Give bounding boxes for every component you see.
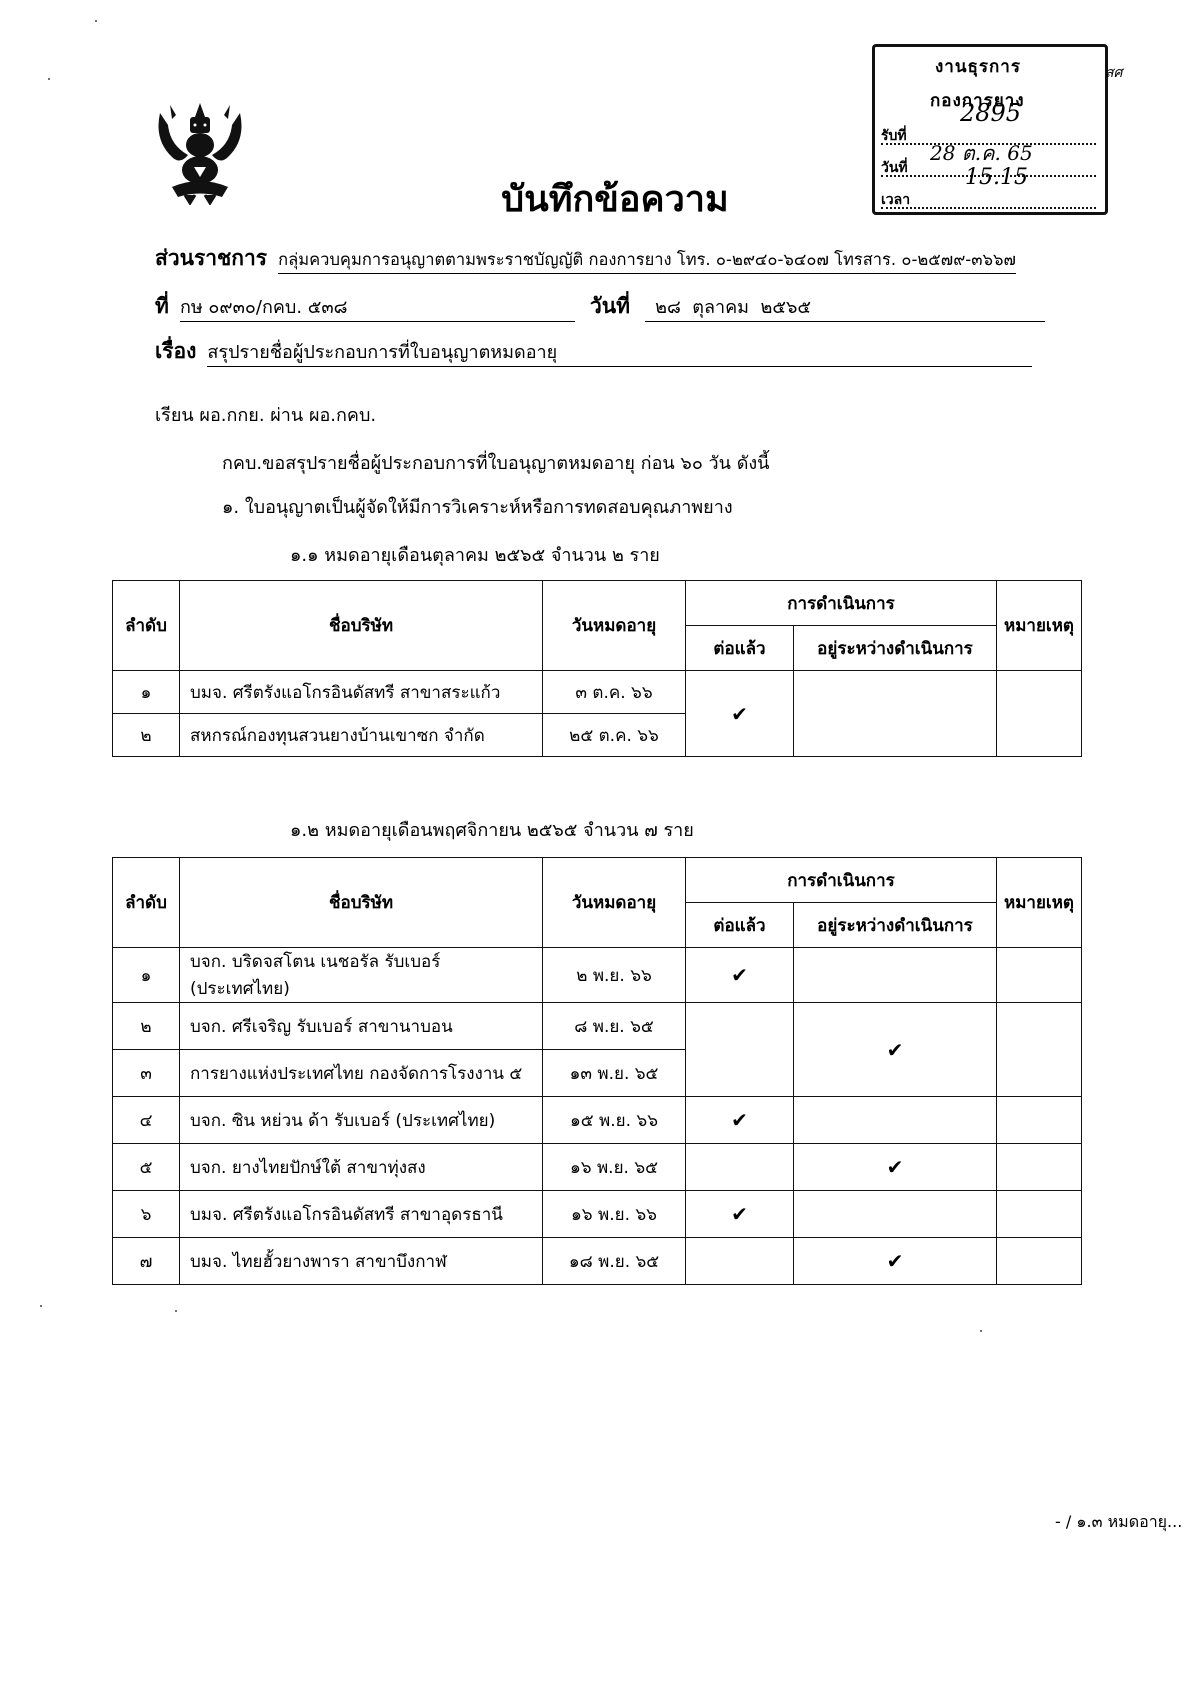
th-no: ลำดับ	[113, 858, 180, 948]
date-value: ๒๘ ตุลาคม ๒๕๖๕	[645, 292, 1045, 322]
cell-in-progress	[794, 1191, 997, 1238]
checkmark-icon: ✔	[887, 1249, 904, 1273]
checkmark-icon: ✔	[731, 1108, 748, 1132]
table-row: ๔ บจก. ซิน หย่วน ด้า รับเบอร์ (ประเทศไทย…	[113, 1097, 1082, 1144]
cell-in-progress: ✔	[794, 1238, 997, 1285]
cell-remark	[997, 1144, 1082, 1191]
subsection-1-2-title: ๑.๒ หมดอายุเดือนพฤศจิกายน ๒๕๖๕ จำนวน ๗ ร…	[290, 815, 694, 844]
th-remark: หมายเหตุ	[997, 858, 1082, 948]
stamp-side-note: สศ	[1105, 62, 1122, 84]
stamp-received-label: รับที่	[881, 128, 907, 144]
subject-value: สรุปรายชื่อผู้ประกอบการที่ใบอนุญาตหมดอาย…	[207, 337, 1032, 367]
scan-speck	[95, 20, 97, 22]
th-in-progress: อยู่ระหว่างดำเนินการ	[794, 626, 997, 671]
scan-speck	[48, 78, 50, 80]
checkmark-icon: ✔	[731, 702, 748, 726]
th-in-progress: อยู่ระหว่างดำเนินการ	[794, 903, 997, 948]
cell-remark	[997, 1097, 1082, 1144]
th-renewed: ต่อแล้ว	[686, 626, 794, 671]
cell-expiry: ๑๘ พ.ย. ๖๕	[543, 1238, 686, 1285]
subject-label: เรื่อง	[155, 339, 196, 363]
cell-renewed	[686, 1238, 794, 1285]
table-row: ๖ บมจ. ศรีตรังแอโกรอินดัสทรี สาขาอุดรธาน…	[113, 1191, 1082, 1238]
cell-remark-merged	[997, 1003, 1082, 1097]
table-row: ๗ บมจ. ไทยฮั้วยางพารา สาขาบึงกาฬ ๑๘ พ.ย.…	[113, 1238, 1082, 1285]
th-action: การดำเนินการ	[686, 858, 997, 903]
cell-renewed: ✔	[686, 1097, 794, 1144]
continued-next-page: - / ๑.๓ หมดอายุ...	[1055, 1510, 1182, 1535]
reference-value: กษ ๐๙๓๐/กคบ. ๕๓๘	[180, 292, 575, 322]
cell-expiry: ๑๕ พ.ย. ๖๖	[543, 1097, 686, 1144]
subsection-1-1-title: ๑.๑ หมดอายุเดือนตุลาคม ๒๕๖๕ จำนวน ๒ ราย	[290, 540, 660, 569]
cell-remark	[997, 1238, 1082, 1285]
table-row: ๕ บจก. ยางไทยปักษ์ใต้ สาขาทุ่งสง ๑๖ พ.ย.…	[113, 1144, 1082, 1191]
cell-company: บมจ. ศรีตรังแอโกรอินดัสทรี สาขาสระแก้ว	[180, 671, 543, 714]
cell-in-progress-merged	[794, 671, 997, 757]
cell-expiry: ๑๖ พ.ย. ๖๕	[543, 1144, 686, 1191]
stamp-received-value: 2895	[960, 99, 1021, 127]
cell-no: ๓	[113, 1050, 180, 1097]
cell-no: ๕	[113, 1144, 180, 1191]
reference-row: ที่ กษ ๐๙๓๐/กคบ. ๕๓๘	[155, 290, 575, 323]
expiry-table-october: ลำดับ ชื่อบริษัท วันหมดอายุ การดำเนินการ…	[112, 580, 1082, 757]
intro-paragraph: กคบ.ขอสรุปรายชื่อผู้ประกอบการที่ใบอนุญาต…	[222, 448, 769, 477]
cell-company: บจก. ยางไทยปักษ์ใต้ สาขาทุ่งสง	[180, 1144, 543, 1191]
page-title: บันทึกข้อความ	[0, 170, 1190, 227]
th-action: การดำเนินการ	[686, 581, 997, 626]
addressee: เรียน ผอ.กกย. ผ่าน ผอ.กคบ.	[155, 400, 376, 429]
subject-row: เรื่อง สรุปรายชื่อผู้ประกอบการที่ใบอนุญา…	[155, 335, 1032, 368]
cell-expiry: ๑๓ พ.ย. ๖๕	[543, 1050, 686, 1097]
cell-no: ๗	[113, 1238, 180, 1285]
th-expiry: วันหมดอายุ	[543, 858, 686, 948]
th-expiry: วันหมดอายุ	[543, 581, 686, 671]
cell-no: ๑	[113, 948, 180, 1003]
cell-no: ๒	[113, 1003, 180, 1050]
cell-company: สหกรณ์กองทุนสวนยางบ้านเขาซก จำกัด	[180, 714, 543, 757]
cell-company: บจก. ศรีเจริญ รับเบอร์ สาขานาบอน	[180, 1003, 543, 1050]
table-row: ๒ บจก. ศรีเจริญ รับเบอร์ สาขานาบอน ๘ พ.ย…	[113, 1003, 1082, 1050]
cell-in-progress	[794, 948, 997, 1003]
cell-renewed: ✔	[686, 1191, 794, 1238]
cell-in-progress-merged: ✔	[794, 1003, 997, 1097]
cell-expiry: ๒ พ.ย. ๖๖	[543, 948, 686, 1003]
cell-renewed-merged: ✔	[686, 671, 794, 757]
checkmark-icon: ✔	[731, 963, 748, 987]
cell-no: ๒	[113, 714, 180, 757]
cell-no: ๑	[113, 671, 180, 714]
cell-remark-merged	[997, 671, 1082, 757]
cell-renewed	[686, 1144, 794, 1191]
agency-value: กลุ่มควบคุมการอนุญาตตามพระราชบัญญัติ กอง…	[278, 247, 1016, 274]
date-row: วันที่ ๒๘ ตุลาคม ๒๕๖๕	[590, 290, 1045, 323]
cell-in-progress	[794, 1097, 997, 1144]
cell-no: ๖	[113, 1191, 180, 1238]
cell-no: ๔	[113, 1097, 180, 1144]
cell-company: บจก. บริดจสโตน เนชอรัล รับเบอร์ (ประเทศไ…	[180, 948, 543, 1003]
agency-row: ส่วนราชการ กลุ่มควบคุมการอนุญาตตามพระราช…	[155, 242, 1045, 275]
th-renewed: ต่อแล้ว	[686, 903, 794, 948]
stamp-dept: งานธุรการ	[935, 53, 1021, 80]
reference-label: ที่	[155, 294, 169, 318]
expiry-table-november: ลำดับ ชื่อบริษัท วันหมดอายุ การดำเนินการ…	[112, 857, 1082, 1285]
cell-company: การยางแห่งประเทศไทย กองจัดการโรงงาน ๕	[180, 1050, 543, 1097]
cell-remark	[997, 948, 1082, 1003]
table-row: ๑ บจก. บริดจสโตน เนชอรัล รับเบอร์ (ประเท…	[113, 948, 1082, 1003]
table-row: ๑ บมจ. ศรีตรังแอโกรอินดัสทรี สาขาสระแก้ว…	[113, 671, 1082, 714]
cell-renewed-merged	[686, 1003, 794, 1097]
th-name: ชื่อบริษัท	[180, 581, 543, 671]
cell-renewed: ✔	[686, 948, 794, 1003]
cell-expiry: ๑๖ พ.ย. ๖๖	[543, 1191, 686, 1238]
cell-expiry: ๘ พ.ย. ๖๕	[543, 1003, 686, 1050]
cell-expiry: ๒๕ ต.ค. ๖๖	[543, 714, 686, 757]
scan-speck	[980, 1330, 982, 1332]
scan-speck	[175, 1310, 177, 1312]
date-label: วันที่	[590, 294, 630, 318]
th-no: ลำดับ	[113, 581, 180, 671]
th-name: ชื่อบริษัท	[180, 858, 543, 948]
th-remark: หมายเหตุ	[997, 581, 1082, 671]
agency-label: ส่วนราชการ	[155, 246, 267, 270]
cell-remark	[997, 1191, 1082, 1238]
cell-expiry: ๓ ต.ค. ๖๖	[543, 671, 686, 714]
cell-in-progress: ✔	[794, 1144, 997, 1191]
checkmark-icon: ✔	[731, 1202, 748, 1226]
cell-company: บจก. ซิน หย่วน ด้า รับเบอร์ (ประเทศไทย)	[180, 1097, 543, 1144]
scan-speck	[40, 1305, 42, 1307]
checkmark-icon: ✔	[887, 1155, 904, 1179]
item-1-heading: ๑. ใบอนุญาตเป็นผู้จัดให้มีการวิเคราะห์หร…	[222, 492, 733, 521]
cell-company: บมจ. ศรีตรังแอโกรอินดัสทรี สาขาอุดรธานี	[180, 1191, 543, 1238]
checkmark-icon: ✔	[887, 1038, 904, 1062]
cell-company: บมจ. ไทยฮั้วยางพารา สาขาบึงกาฬ	[180, 1238, 543, 1285]
